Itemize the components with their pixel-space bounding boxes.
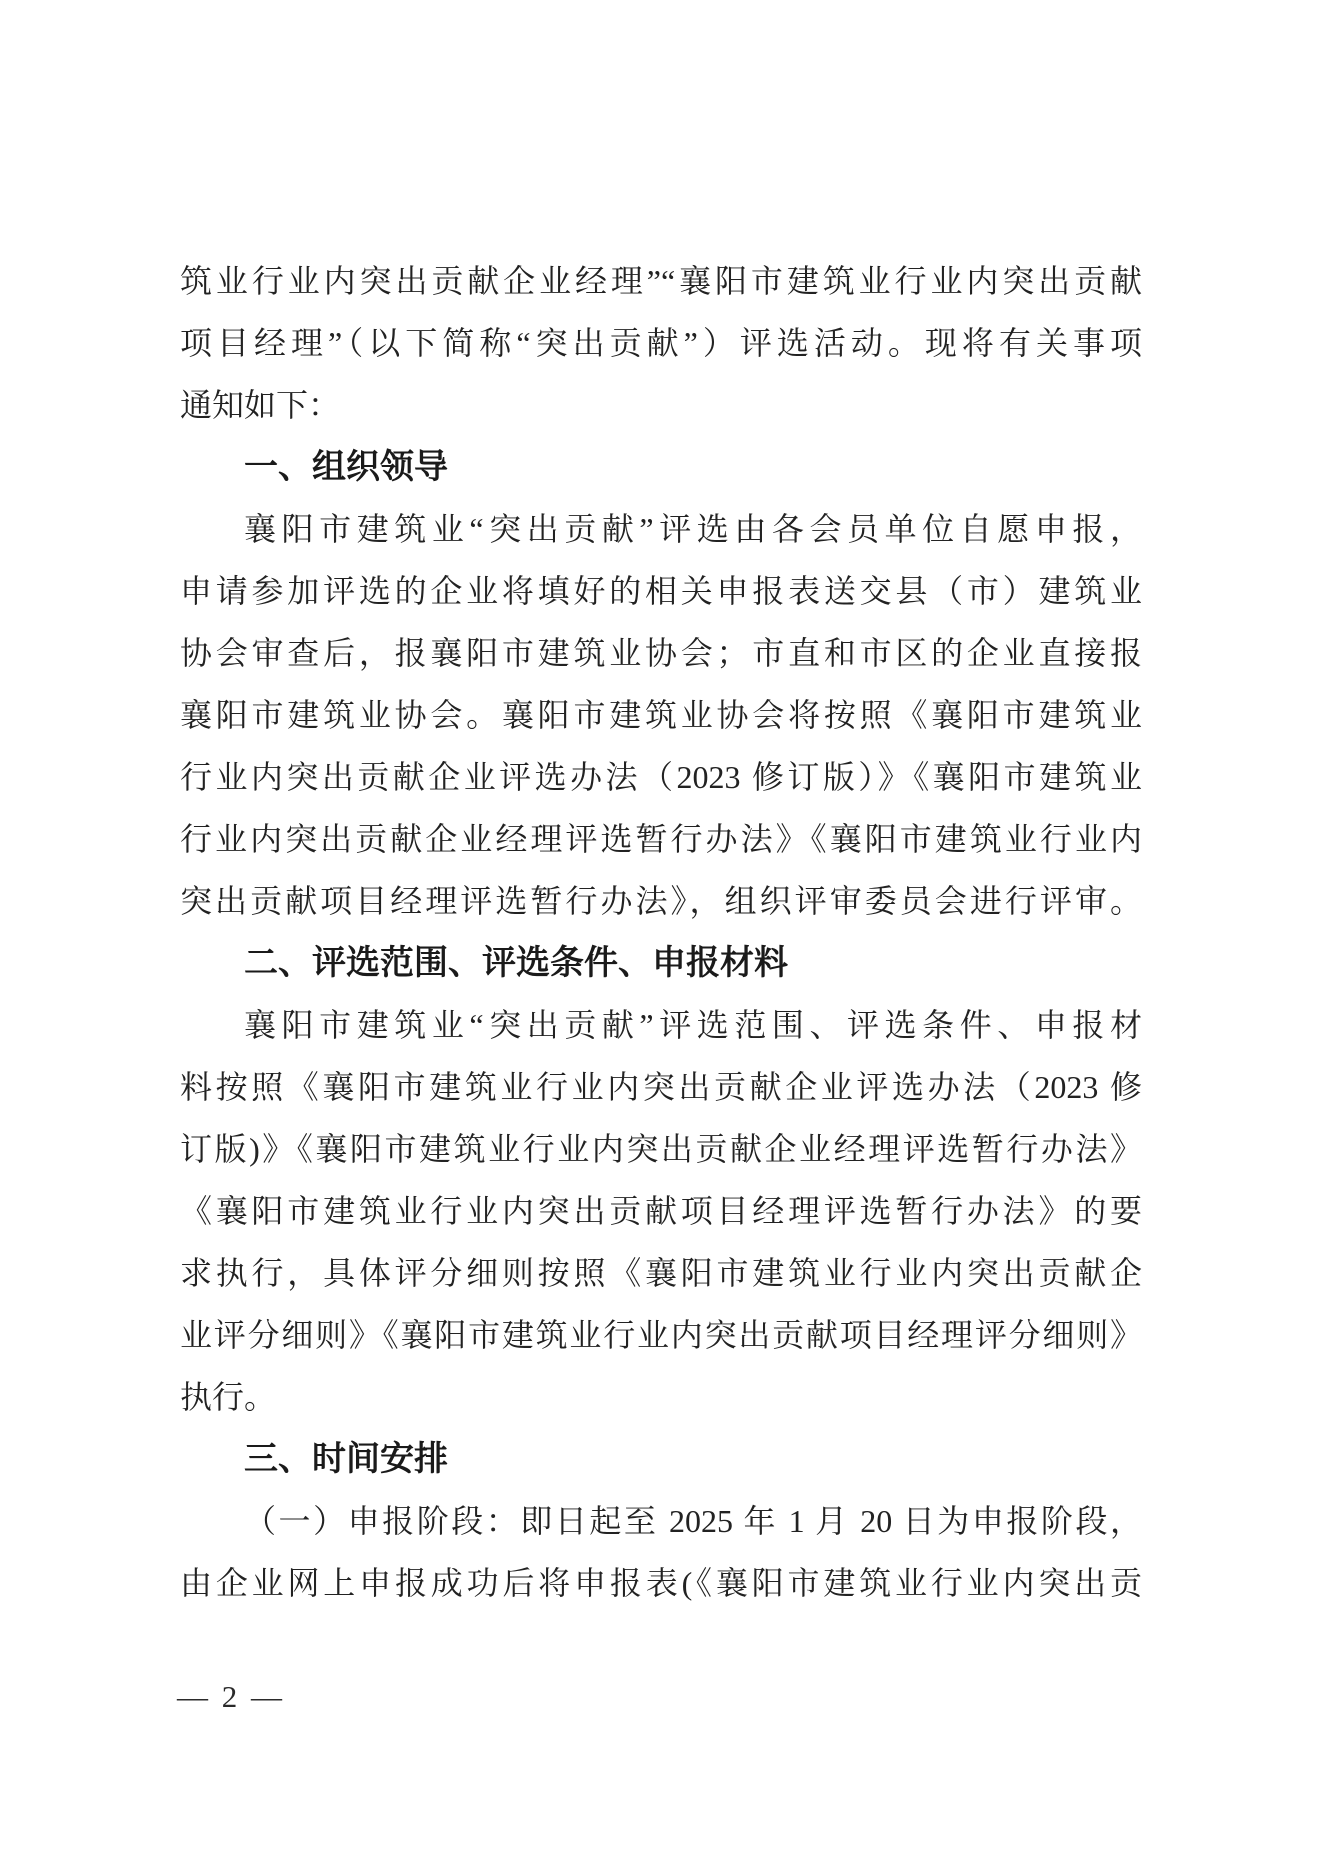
text-line: 由企业网上申报成功后将申报表(《襄阳市建筑业行业内突出贡	[180, 1552, 1142, 1614]
text-line: 项目经理”（以下简称“突出贡献”）评选活动。现将有关事项	[180, 312, 1142, 374]
text-line: 通知如下：	[180, 374, 1142, 436]
text-line: 突出贡献项目经理评选暂行办法》，组织评审委员会进行评审。	[180, 870, 1142, 932]
page-footer: — 2 —	[177, 1676, 285, 1718]
section-heading: 一、组织领导	[180, 436, 1142, 498]
text-line: 业评分细则》《襄阳市建筑业行业内突出贡献项目经理评分细则》	[180, 1304, 1142, 1366]
text-line: 筑业行业内突出贡献企业经理”“襄阳市建筑业行业内突出贡献	[180, 250, 1142, 312]
text-line: 《襄阳市建筑业行业内突出贡献项目经理评选暂行办法》的要	[180, 1180, 1142, 1242]
text-line: 求执行，具体评分细则按照《襄阳市建筑业行业内突出贡献企	[180, 1242, 1142, 1304]
text-line: 襄阳市建筑业“突出贡献”评选范围、评选条件、申报材	[180, 994, 1142, 1056]
text-line: 行业内突出贡献企业经理评选暂行办法》《襄阳市建筑业行业内	[180, 808, 1142, 870]
section-heading: 二、评选范围、评选条件、申报材料	[180, 932, 1142, 994]
page-number: — 2 —	[177, 1679, 285, 1714]
text-line: （一）申报阶段：即日起至 2025 年 1 月 20 日为申报阶段，	[180, 1490, 1142, 1552]
text-line: 料按照《襄阳市建筑业行业内突出贡献企业评选办法（2023 修	[180, 1056, 1142, 1118]
text-line: 襄阳市建筑业“突出贡献”评选由各会员单位自愿申报，	[180, 498, 1142, 560]
text-line: 协会审查后，报襄阳市建筑业协会；市直和市区的企业直接报	[180, 622, 1142, 684]
text-line: 行业内突出贡献企业评选办法（2023 修订版）》《襄阳市建筑业	[180, 746, 1142, 808]
text-line: 申请参加评选的企业将填好的相关申报表送交县（市）建筑业	[180, 560, 1142, 622]
section-heading: 三、时间安排	[180, 1428, 1142, 1490]
text-line: 订版)》《襄阳市建筑业行业内突出贡献企业经理评选暂行办法》	[180, 1118, 1142, 1180]
text-line: 执行。	[180, 1366, 1142, 1428]
document-body: 筑业行业内突出贡献企业经理”“襄阳市建筑业行业内突出贡献项目经理”（以下简称“突…	[180, 250, 1142, 1614]
text-line: 襄阳市建筑业协会。襄阳市建筑业协会将按照《襄阳市建筑业	[180, 684, 1142, 746]
document-page: 筑业行业内突出贡献企业经理”“襄阳市建筑业行业内突出贡献项目经理”（以下简称“突…	[0, 0, 1323, 1870]
